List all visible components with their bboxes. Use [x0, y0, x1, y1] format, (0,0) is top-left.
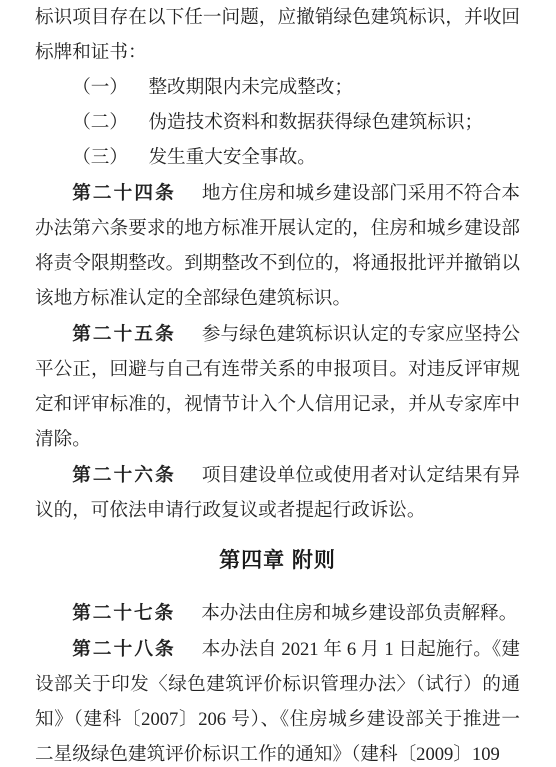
article-number-label: 第二十四条 — [72, 182, 176, 203]
article-paragraph: 第二十八条本办法自 2021 年 6 月 1 日起施行。《建设部关于印发〈绿色建… — [35, 631, 520, 767]
continuation-paragraph: 标识项目存在以下任一问题，应撤销绿色建筑标识，并收回标牌和证书： — [35, 0, 520, 70]
article-paragraph: 第二十五条参与绿色建筑标识认定的专家应坚持公平公正，回避与自己有连带关系的申报项… — [35, 316, 520, 457]
article-text: 本办法由住房和城乡建设部负责解释。 — [201, 603, 517, 624]
article-number-label: 第二十八条 — [72, 638, 176, 659]
list-item-text: 整改期限内未完成整改； — [148, 77, 353, 98]
document-page: 标识项目存在以下任一问题，应撤销绿色建筑标识，并收回标牌和证书： （一）整改期限… — [0, 0, 556, 767]
list-item-marker: （一） — [72, 77, 128, 98]
list-item-text: 发生重大安全事故。 — [148, 147, 315, 168]
article-paragraph: 第二十六条项目建设单位或使用者对认定结果有异议的，可依法申请行政复议或者提起行政… — [35, 457, 520, 528]
list-item-marker: （二） — [72, 112, 128, 133]
article-number-label: 第二十七条 — [72, 602, 175, 623]
article-paragraph: 第二十四条地方住房和城乡建设部门采用不符合本办法第六条要求的地方标准开展认定的，… — [35, 175, 520, 316]
list-item: （一）整改期限内未完成整改； — [35, 70, 520, 105]
article-number-label: 第二十六条 — [72, 464, 176, 485]
list-item: （三）发生重大安全事故。 — [35, 140, 520, 175]
list-item-text: 伪造技术资料和数据获得绿色建筑标识； — [148, 112, 483, 133]
list-item: （二）伪造技术资料和数据获得绿色建筑标识； — [35, 105, 520, 140]
article-number-label: 第二十五条 — [72, 323, 176, 344]
article-paragraph: 第二十七条本办法由住房和城乡建设部负责解释。 — [35, 595, 520, 631]
chapter-heading: 第四章 附则 — [35, 543, 520, 578]
list-item-marker: （三） — [72, 147, 128, 168]
